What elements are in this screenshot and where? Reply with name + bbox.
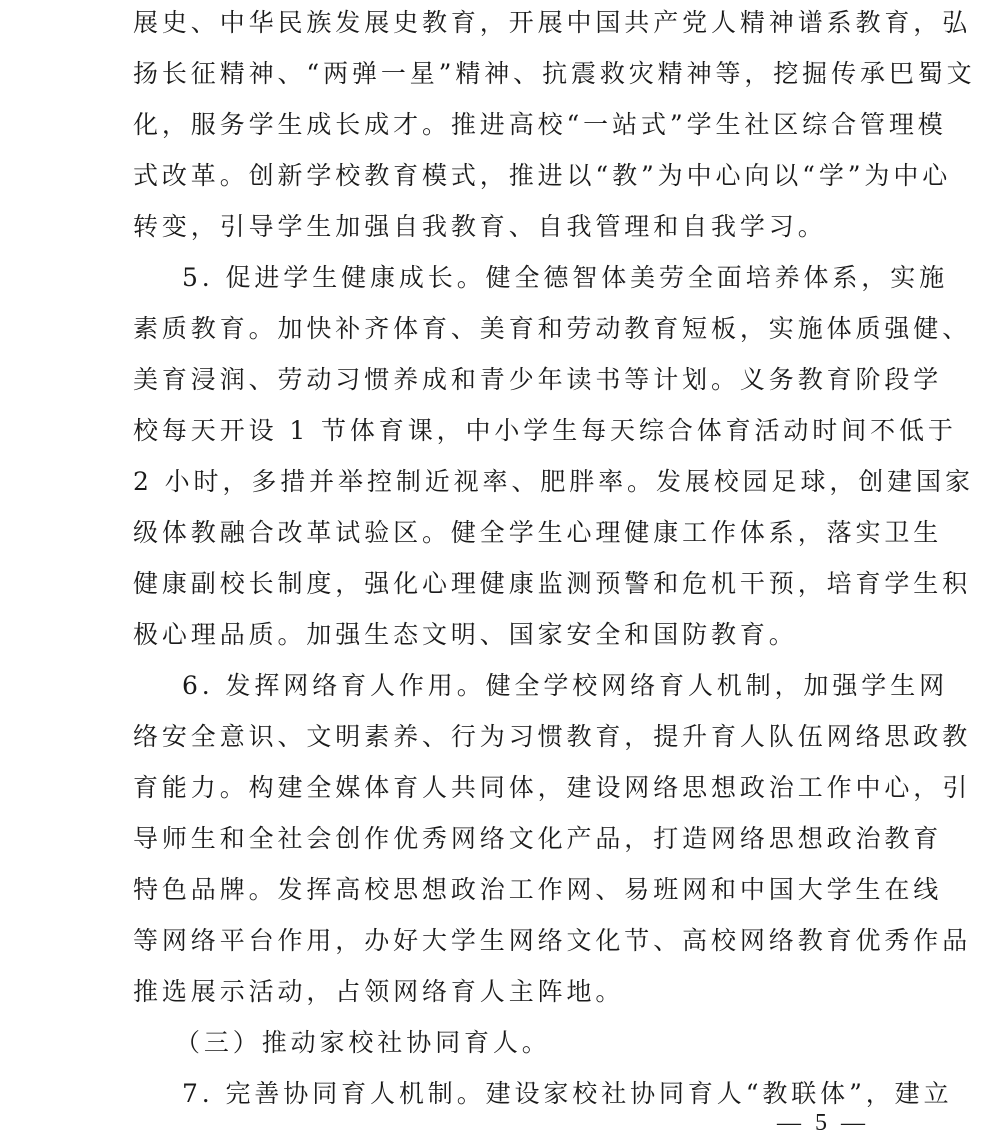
text-line: 健康副校长制度，强化心理健康监测预警和危机干预，培育学生积 [133,558,971,609]
paragraph-heading-5: 5. 促进学生健康成长。健全德智体美劳全面培养体系，实施 [182,252,948,303]
text-line: 扬长征精神、“两弹一星”精神、抗震救灾精神等，挖掘传承巴蜀文 [133,48,976,99]
text-line: 等网络平台作用，办好大学生网络文化节、高校网络教育优秀作品 [133,915,971,966]
text-line: 素质教育。加快补齐体育、美育和劳动教育短板，实施体质强健、 [133,303,971,354]
section-heading-3: （三）推动家校社协同育人。 [175,1017,551,1068]
text-line: 展史、中华民族发展史教育，开展中国共产党人精神谱系教育，弘 [133,0,971,48]
text-line: 化，服务学生成长成才。推进高校“一站式”学生社区综合管理模 [133,99,947,150]
text-line: 极心理品质。加强生态文明、国家安全和国防教育。 [133,609,798,660]
text-line: 2 小时，多措并举控制近视率、肥胖率。发展校园足球，创建国家 [133,456,974,507]
text-line: 转变，引导学生加强自我教育、自我管理和自我学习。 [133,201,827,252]
text-line: 级体教融合改革试验区。健全学生心理健康工作体系，落实卫生 [133,507,942,558]
text-line: 导师生和全社会创作优秀网络文化产品，打造网络思想政治教育 [133,813,942,864]
text-line: 育能力。构建全媒体育人共同体，建设网络思想政治工作中心，引 [133,762,971,813]
text-line: 推选展示活动，占领网络育人主阵地。 [133,966,624,1017]
text-line: 络安全意识、文明素养、行为习惯教育，提升育人队伍网络思政教 [133,711,971,762]
paragraph-heading-6: 6. 发挥网络育人作用。健全学校网络育人机制，加强学生网 [182,660,948,711]
text-line: 美育浸润、劳动习惯养成和青少年读书等计划。义务教育阶段学 [133,354,942,405]
text-line: 式改革。创新学校教育模式，推进以“教”为中心向以“学”为中心 [133,150,951,201]
page-number: — 5 — [777,1108,869,1138]
text-line: 特色品牌。发挥高校思想政治工作网、易班网和中国大学生在线 [133,864,942,915]
text-line: 校每天开设 1 节体育课，中小学生每天综合体育活动时间不低于 [133,405,957,456]
